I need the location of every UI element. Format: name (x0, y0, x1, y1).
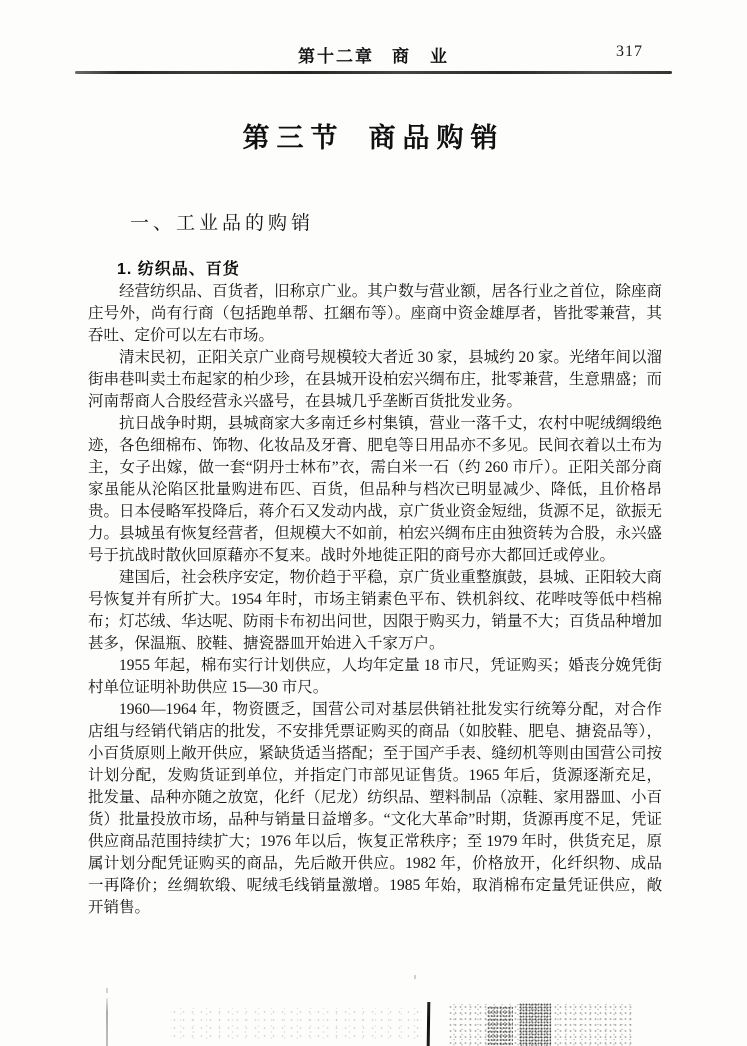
scan-artifact-speckle-light (170, 1008, 420, 1042)
chapter-subject: 商 业 (392, 47, 449, 66)
header-rule (75, 71, 672, 74)
running-head: 第十二章商 业 317 (0, 42, 747, 66)
scan-artifact-speckle-cluster (448, 1004, 633, 1046)
paragraph-6: 1960—1964 年，物资匮乏，国营公司对基层供销社批发实行统筹分配，对合作店… (88, 699, 662, 919)
scan-artifact-tiny-mark (414, 975, 416, 979)
book-page: 第十二章商 业 317 第三节商品购销 一、工业品的购销 1. 纺织品、百货 经… (0, 0, 747, 1046)
section-number: 第三节 (243, 123, 345, 153)
subsection-title: 一、工业品的购销 (130, 208, 314, 235)
scan-artifact-smudge-blob-2 (519, 1003, 551, 1046)
section-title-text: 商品购销 (369, 123, 505, 153)
scan-artifact-dark-line (427, 1002, 431, 1046)
item-heading: 1. 纺织品、百货 (117, 256, 240, 279)
scan-artifact-left-line (106, 998, 108, 1046)
scan-artifact-edge-dot (106, 988, 108, 993)
paragraph-5: 1955 年起，棉布实行计划供应，人均年定量 18 市尺，凭证购买；婚丧分娩凭街… (88, 655, 662, 699)
paragraph-2: 清末民初，正阳关京广业商号规模较大者近 30 家，县城约 20 家。光绪年间以溜… (88, 347, 662, 413)
scan-artifact-smudge-blob-1 (487, 1006, 513, 1046)
paragraph-1: 经营纺织品、百货者，旧称京广业。其户数与营业额，居各行业之首位，除座商庄号外，尚… (88, 281, 662, 347)
chapter-number: 第十二章 (298, 47, 374, 66)
body-text: 经营纺织品、百货者，旧称京广业。其户数与营业额，居各行业之首位，除座商庄号外，尚… (88, 281, 662, 919)
paragraph-3: 抗日战争时期，县城商家大多南迁乡村集镇，营业一落千丈，农村中呢绒绸缎绝迹，各色细… (88, 413, 662, 567)
page-number: 317 (616, 43, 643, 61)
paragraph-4: 建国后，社会秩序安定，物价趋于平稳，京广货业重整旗鼓，县城、正阳较大商号恢复并有… (88, 567, 662, 655)
section-title: 第三节商品购销 (0, 116, 747, 155)
